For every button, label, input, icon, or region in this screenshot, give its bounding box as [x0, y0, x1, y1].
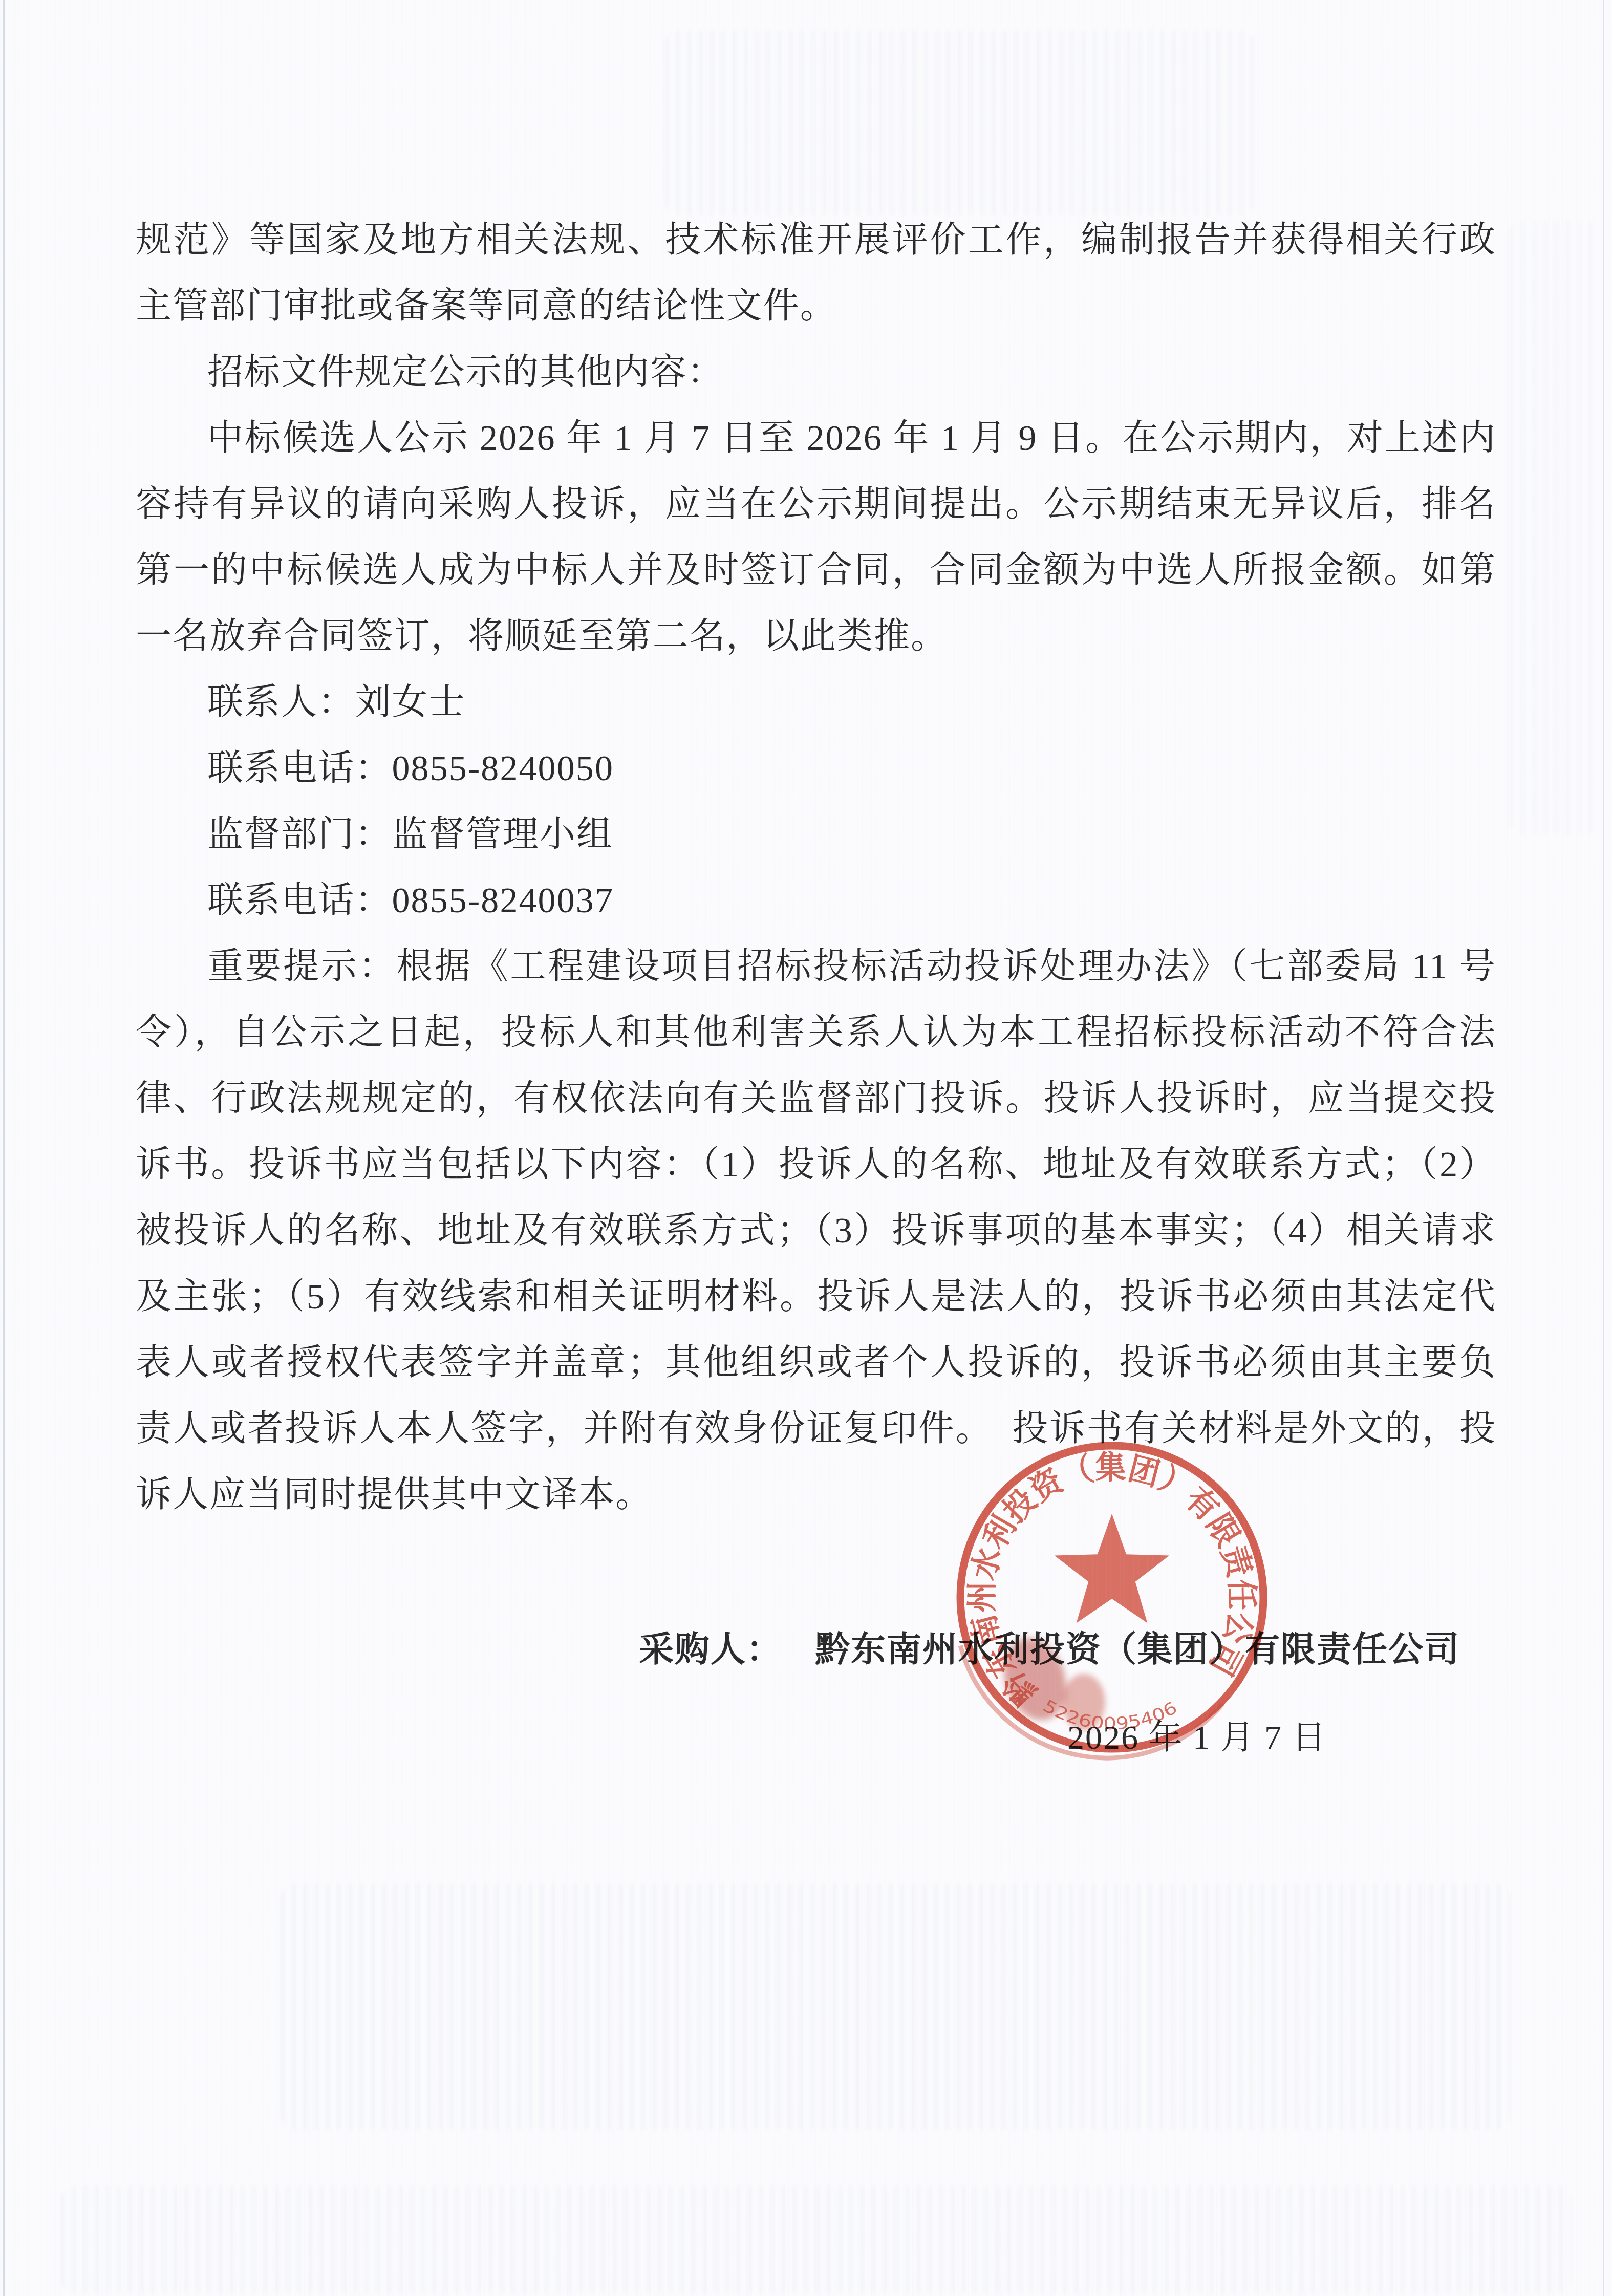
scan-edge-left — [3, 0, 5, 2296]
contact-person-line: 联系人：刘女士 — [136, 670, 1496, 736]
bleedthrough-band — [665, 31, 1254, 215]
supervision-department-line: 监督部门：监督管理小组 — [136, 802, 1496, 868]
bleedthrough-band — [1510, 220, 1597, 834]
bleedthrough-band — [61, 2186, 1572, 2293]
important-notice-paragraph: 重要提示：根据《工程建设项目招标投标活动投诉处理办法》（七部委局 11 号令），… — [136, 934, 1496, 1528]
purchaser-name: 黔东南州水利投资（集团）有限责任公司 — [815, 1630, 1460, 1669]
scan-edge-right — [1603, 0, 1604, 2296]
star-icon — [1055, 1514, 1169, 1623]
supervision-phone-line: 联系电话：0855-8240037 — [136, 868, 1496, 934]
paragraph-1: 规范》等国家及地方相关法规、技术标准开展评价工作，编制报告并获得相关行政主管部门… — [136, 207, 1496, 339]
purchaser-label: 采购人： — [639, 1630, 782, 1669]
bleedthrough-band — [282, 1884, 1510, 2130]
paragraph-3: 中标候选人公示 2026 年 1 月 7 日至 2026 年 1 月 9 日。在… — [136, 405, 1496, 670]
document-page: 规范》等国家及地方相关法规、技术标准开展评价工作，编制报告并获得相关行政主管部门… — [0, 0, 1612, 2296]
paragraph-2: 招标文件规定公示的其他内容： — [136, 339, 1496, 405]
signature-date: 2026 年 1 月 7 日 — [1067, 1710, 1327, 1758]
purchaser-line: 采购人：黔东南州水利投资（集团）有限责任公司 — [639, 1622, 1460, 1671]
document-body: 规范》等国家及地方相关法规、技术标准开展评价工作，编制报告并获得相关行政主管部门… — [136, 207, 1496, 1528]
contact-phone-line: 联系电话：0855-8240050 — [136, 736, 1496, 802]
